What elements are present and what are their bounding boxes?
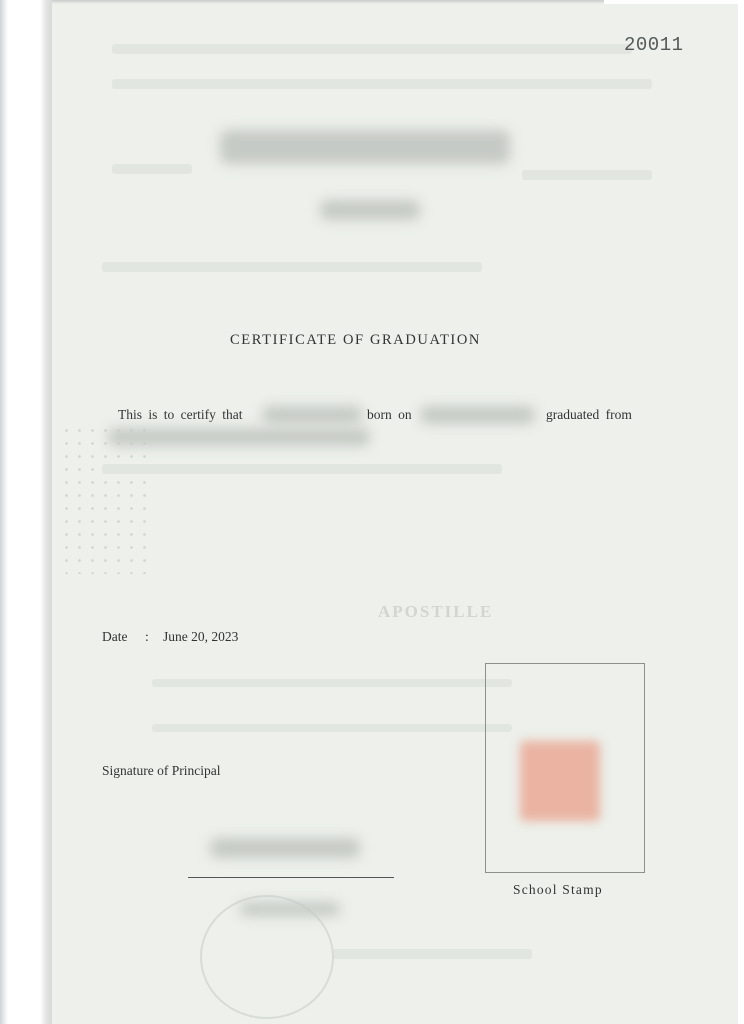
- redacted-header-subtitle: [320, 200, 420, 220]
- date-separator: :: [145, 629, 149, 645]
- ghost-text-block: [152, 724, 512, 732]
- date-label: Date: [102, 629, 127, 645]
- school-stamp-label: School Stamp: [513, 882, 603, 898]
- ghost-text-block: [112, 164, 192, 174]
- ghost-text-block: [102, 464, 502, 474]
- date-value: June 20, 2023: [163, 629, 238, 645]
- scanner-edge-strip: [0, 0, 52, 1024]
- ghost-text-block: [112, 44, 632, 54]
- ghost-text-block: [522, 170, 652, 180]
- certificate-title: CERTIFICATE OF GRADUATION: [230, 332, 481, 349]
- born-on-text: born on: [367, 407, 412, 423]
- certify-intro-text: This is to certify that: [118, 407, 242, 423]
- school-stamp-mark: [520, 741, 600, 821]
- serial-number: 20011: [624, 34, 684, 56]
- perforation-pattern: [60, 424, 150, 574]
- ghost-text-block: [332, 949, 532, 959]
- graduated-from-text: graduated from: [546, 407, 632, 423]
- redacted-birth-date: [420, 406, 535, 424]
- school-stamp-box: [485, 663, 645, 873]
- redacted-school-name: [108, 428, 370, 446]
- ghost-text-block: [102, 262, 482, 272]
- redacted-student-name: [262, 406, 362, 424]
- redacted-header-school-name: [220, 130, 510, 164]
- ghost-text-block: [152, 679, 512, 687]
- ghost-apostille-heading: APOSTILLE: [378, 602, 493, 622]
- redacted-seal-text: [240, 902, 340, 916]
- signature-line: [188, 877, 394, 878]
- redacted-principal-name: [210, 838, 360, 858]
- signature-label: Signature of Principal: [102, 763, 220, 779]
- ghost-text-block: [112, 79, 652, 89]
